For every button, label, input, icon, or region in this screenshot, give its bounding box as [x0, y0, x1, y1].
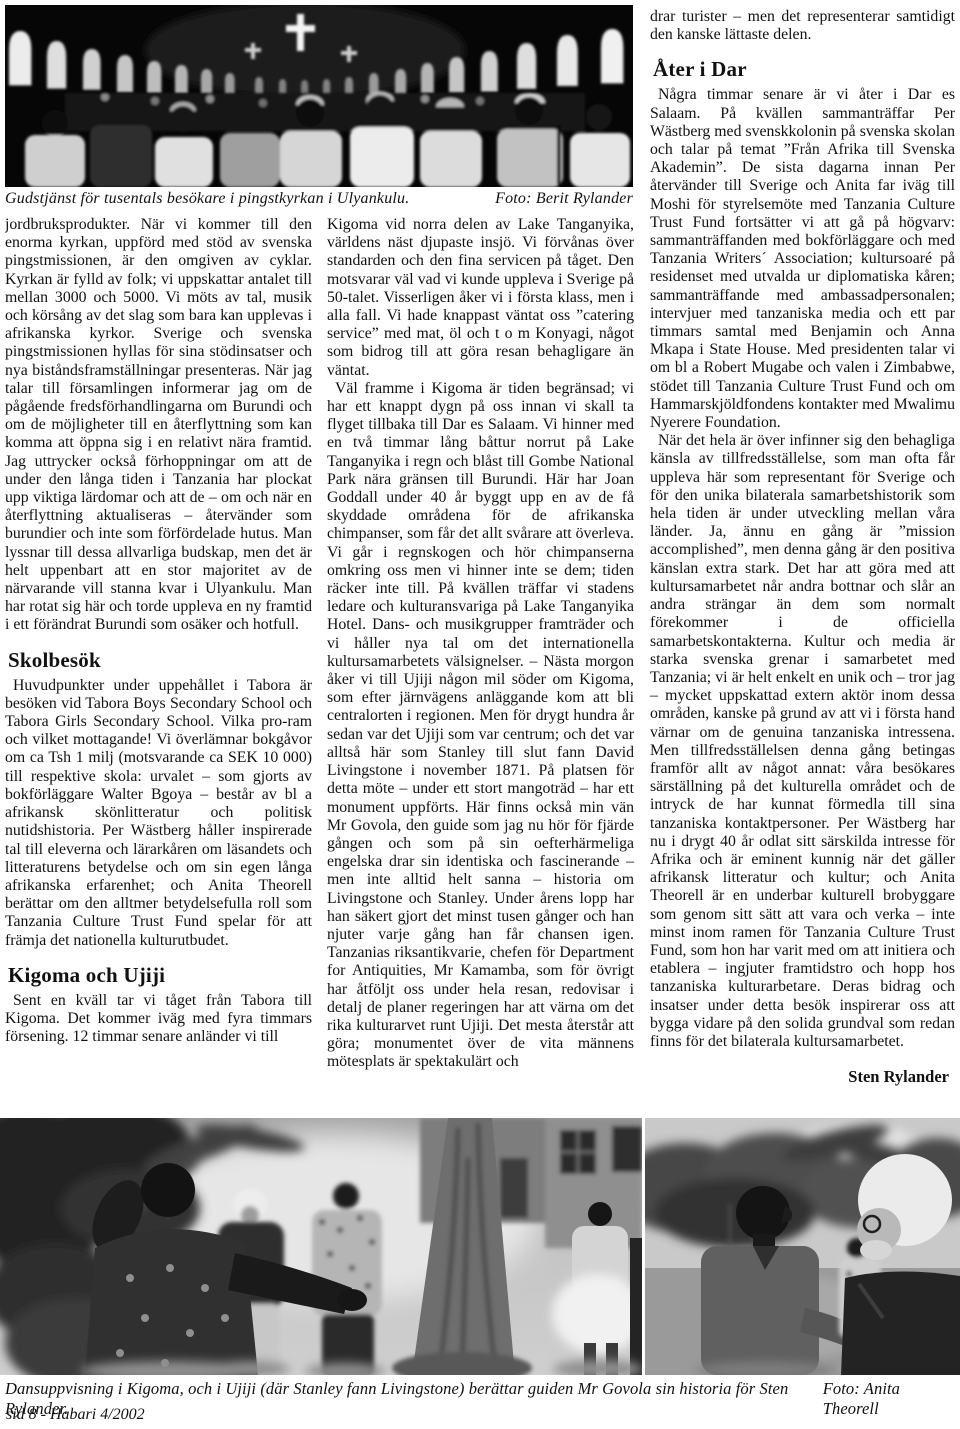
left-area: Gudstjänst för tusentals besökare i ping…	[5, 5, 635, 1110]
bottom-photo-strip	[0, 1118, 960, 1375]
two-columns: jordbruksprodukter. När vi kommer till d…	[5, 216, 635, 1072]
article-column-2: Kigoma vid norra delen av Lake Tanganyik…	[327, 216, 634, 1072]
author-signature: Sten Rylander	[650, 1067, 955, 1087]
church-photo-credit: Foto: Berit Rylander	[495, 189, 633, 209]
paragraph: drar turister – men det representerar sa…	[650, 8, 955, 44]
dance-photo-credit: Foto: Anita Theorell	[823, 1379, 955, 1419]
paragraph: När det hela är över infinner sig den be…	[650, 432, 955, 1051]
church-caption-row: Gudstjänst för tusentals besökare i ping…	[5, 187, 635, 209]
guide-photo-illustration	[645, 1118, 960, 1375]
page-footer: sid 8 - Habari 4/2002	[6, 1406, 145, 1424]
main-row: Gudstjänst för tusentals besökare i ping…	[5, 5, 955, 1110]
section-heading-kigoma-och-ujiji: Kigoma och Ujiji	[8, 963, 312, 987]
paragraph: Väl framme i Kigoma är tiden begränsad; …	[327, 380, 634, 1072]
dance-photo-illustration	[0, 1118, 642, 1375]
paragraph: jordbruksprodukter. När vi kommer till d…	[5, 216, 312, 635]
congregation-crowd	[25, 91, 630, 187]
church-photo-caption: Gudstjänst för tusentals besökare i ping…	[5, 189, 409, 209]
church-photo	[5, 5, 633, 187]
paragraph: Huvudpunkter under uppehållet i Tabora ä…	[5, 677, 312, 950]
dance-photo-kigoma	[0, 1118, 642, 1375]
page-content: Gudstjänst för tusentals besökare i ping…	[0, 0, 960, 1110]
bottom-caption-row: Dansuppvisning i Kigoma, och i Ujiji (dä…	[5, 1379, 955, 1419]
paragraph: Kigoma vid norra delen av Lake Tanganyik…	[327, 216, 634, 380]
section-heading-skolbesok: Skolbesök	[8, 648, 312, 672]
article-column-1: jordbruksprodukter. När vi kommer till d…	[5, 216, 312, 1072]
magazine-page: Gudstjänst för tusentals besökare i ping…	[0, 0, 960, 1429]
paragraph: Några timmar senare är vi åter i Dar es …	[650, 86, 955, 432]
church-photo-illustration	[5, 5, 633, 187]
article-column-3: drar turister – men det representerar sa…	[650, 5, 955, 1110]
section-heading-ater-i-dar: Åter i Dar	[653, 57, 955, 81]
paragraph: Sent en kväll tar vi tåget från Tabora t…	[5, 992, 312, 1047]
guide-photo-ujiji	[645, 1118, 960, 1375]
